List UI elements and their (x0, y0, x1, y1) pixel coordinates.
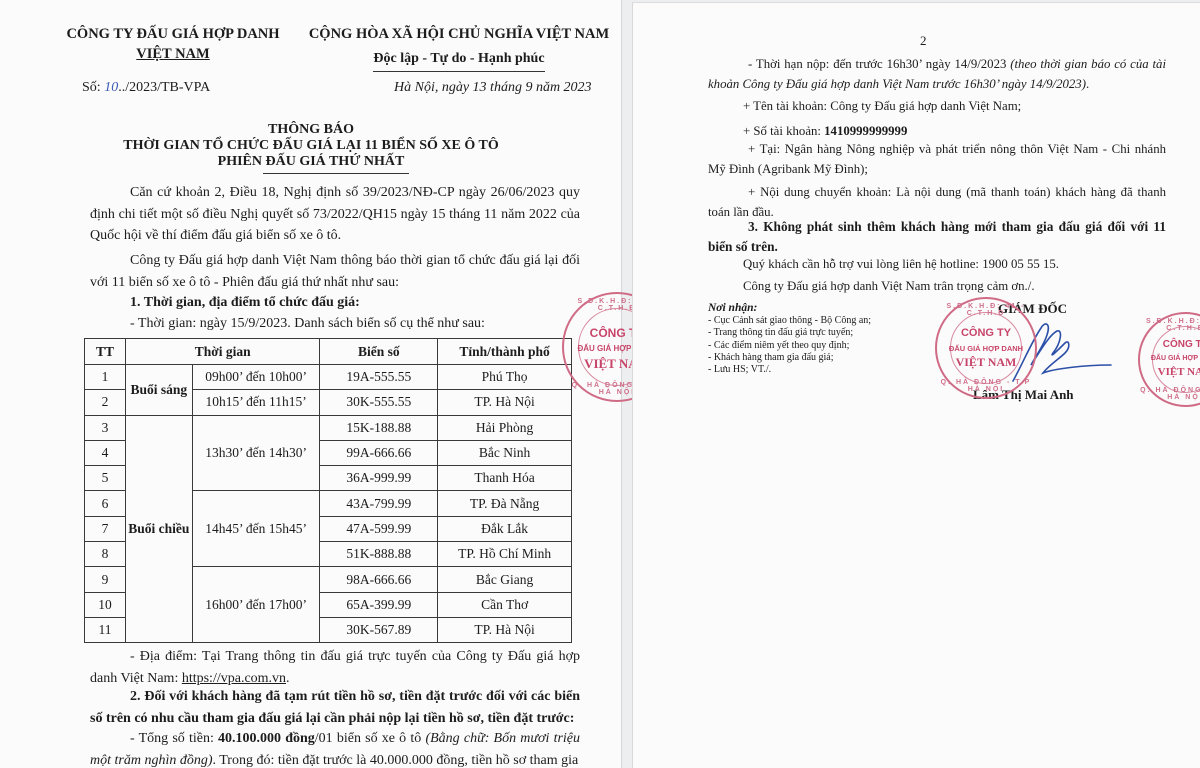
total-amount-paragraph: - Tổng số tiền: 40.100.000 đồng/01 biển … (90, 728, 580, 768)
cell-tt: 3 (85, 415, 126, 440)
cell-tt: 6 (85, 491, 126, 516)
cell-province: Bắc Ninh (438, 440, 572, 465)
total-unit: /01 biển số xe ô tô (315, 731, 426, 746)
account-name: + Tên tài khoản: Công ty Đấu giá hợp dan… (743, 97, 1163, 117)
document-page-1: CÔNG TY ĐẤU GIÁ HỢP DANH VIỆT NAM CỘNG H… (0, 0, 622, 768)
cell-tt: 5 (85, 466, 126, 491)
section-3-paragraph: 3. Không phát sinh thêm khách hàng mới t… (708, 217, 1166, 256)
seal-rim-top: S.Đ.K.H.Đ: 41 - C.T.H.Đ (1140, 318, 1200, 332)
seal-line-1: CÔNG TY (1140, 339, 1200, 350)
hotline-paragraph: Quý khách cần hỗ trợ vui lòng liên hệ ho… (743, 255, 1163, 275)
docno-label: Số: (82, 80, 104, 95)
table-row: 3 Buổi chiều 13h30’ đến 14h30’ 15K-188.8… (85, 415, 572, 440)
docno-handwritten: 10 (104, 80, 118, 95)
recipients-heading: Nơi nhận: (708, 301, 871, 315)
section-1-heading: 1. Thời gian, địa điểm tổ chức đấu giá: (130, 292, 580, 314)
legal-basis-paragraph: Căn cứ khoản 2, Điều 18, Nghị định số 39… (90, 182, 580, 247)
cell-plate: 36A-999.99 (320, 466, 438, 491)
seal-rim-bottom: Q. HÀ ĐÔNG - T.P HÀ NỘI (1140, 387, 1200, 401)
national-header: CỘNG HÒA XÃ HỘI CHỦ NGHĨA VIỆT NAM Độc l… (300, 24, 618, 72)
cell-time: 16h00’ đến 17h00’ (192, 567, 320, 643)
cell-tt: 11 (85, 617, 126, 642)
cell-plate: 65A-399.99 (320, 592, 438, 617)
title-divider (263, 173, 409, 174)
recipient-item: - Trang thông tin đấu giá trực tuyến; (708, 327, 871, 339)
col-header-tt: TT (85, 339, 126, 365)
account-number-line: + Số tài khoản: 1410999999999 (743, 122, 1163, 142)
title-line-3: PHIÊN ĐẤU GIÁ THỨ NHẤT (0, 154, 622, 170)
deadline-paragraph: - Thời hạn nộp: đến trước 16h30’ ngày 14… (708, 55, 1166, 94)
recipients-block: Nơi nhận: - Cục Cảnh sát giao thông - Bộ… (708, 301, 871, 376)
account-number: 1410999999999 (824, 124, 907, 138)
deadline-text: - Thời hạn nộp: đến trước 16h30’ ngày 14… (748, 57, 1010, 71)
cell-plate: 98A-666.66 (320, 567, 438, 592)
title-line-1: THÔNG BÁO (0, 122, 622, 138)
col-header-plate: Biển số (320, 339, 438, 365)
cell-province: Phú Thọ (438, 365, 572, 390)
cell-plate: 43A-799.99 (320, 491, 438, 516)
table-header-row: TT Thời gian Biển số Tỉnh/thành phố (85, 339, 572, 365)
location-paragraph: - Địa điểm: Tại Trang thông tin đấu giá … (90, 646, 580, 689)
cell-province: Cần Thơ (438, 592, 572, 617)
document-page-2: 2 - Thời hạn nộp: đến trước 16h30’ ngày … (632, 2, 1200, 768)
cell-tt: 1 (85, 365, 126, 390)
cell-province: TP. Hà Nội (438, 390, 572, 415)
page-number: 2 (920, 33, 927, 49)
cell-tt: 8 (85, 542, 126, 567)
vpa-website-link[interactable]: https://vpa.com.vn (182, 671, 286, 686)
seal-line-1: CÔNG TY (937, 327, 1035, 339)
cell-province: Đắk Lắk (438, 516, 572, 541)
cell-province: TP. Hồ Chí Minh (438, 542, 572, 567)
cell-tt: 7 (85, 516, 126, 541)
national-motto: Độc lập - Tự do - Hạnh phúc (373, 49, 544, 72)
seal-line-3: VIỆT NAM (1140, 366, 1200, 378)
cell-province: TP. Hà Nội (438, 617, 572, 642)
total-breakdown: . Trong đó: tiền đặt trước là 40.000.000… (213, 753, 579, 768)
cell-plate: 30K-567.89 (320, 617, 438, 642)
cell-plate: 30K-555.55 (320, 390, 438, 415)
seal-line-2: ĐẤU GIÁ HỢP DANH (1140, 355, 1200, 362)
cell-time: 13h30’ đến 14h30’ (192, 415, 320, 491)
recipient-item: - Lưu HS; VT./. (708, 364, 871, 376)
docno-suffix: ../2023/TB-VPA (118, 80, 210, 95)
issuer-line-1: CÔNG TY ĐẤU GIÁ HỢP DANH (48, 24, 298, 44)
intro-paragraph: Công ty Đấu giá hợp danh Việt Nam thông … (90, 250, 580, 293)
document-title: THÔNG BÁO THỜI GIAN TỔ CHỨC ĐẤU GIÁ LẠI … (0, 122, 622, 170)
title-line-2: THỜI GIAN TỔ CHỨC ĐẤU GIÁ LẠI 11 BIỂN SỐ… (0, 138, 622, 154)
section-2-heading: 2. Đối với khách hàng đã tạm rút tiền hồ… (90, 686, 580, 729)
col-header-time: Thời gian (125, 339, 320, 365)
cell-session-morning: Buổi sáng (125, 365, 192, 416)
issuer-name: CÔNG TY ĐẤU GIÁ HỢP DANH VIỆT NAM (48, 24, 298, 64)
cell-plate: 99A-666.66 (320, 440, 438, 465)
seal-line-3: VIỆT NAM (937, 355, 1035, 370)
cell-province: Hải Phòng (438, 415, 572, 440)
cell-plate: 47A-599.99 (320, 516, 438, 541)
table-row: 1 Buổi sáng 09h00’ đến 10h00’ 19A-555.55… (85, 365, 572, 390)
company-seal-stamp: S.Đ.K.H.Đ: 41 - C.T.H.Đ CÔNG TY ĐẤU GIÁ … (1138, 312, 1200, 407)
account-number-label: + Số tài khoản: (743, 124, 824, 138)
section-1-time: - Thời gian: ngày 15/9/2023. Danh sách b… (130, 313, 580, 335)
recipient-item: - Cục Cảnh sát giao thông - Bộ Công an; (708, 315, 871, 327)
location-text: - Địa điểm: Tại Trang thông tin đấu giá … (90, 649, 580, 686)
cell-plate: 15K-188.88 (320, 415, 438, 440)
national-title: CỘNG HÒA XÃ HỘI CHỦ NGHĨA VIỆT NAM (300, 24, 618, 44)
thanks-paragraph: Công ty Đấu giá hợp danh Việt Nam trân t… (743, 277, 1163, 297)
cell-time: 09h00’ đến 10h00’ (192, 365, 320, 390)
cell-province: Thanh Hóa (438, 466, 572, 491)
col-header-province: Tỉnh/thành phố (438, 339, 572, 365)
document-date: Hà Nội, ngày 13 tháng 9 năm 2023 (394, 80, 592, 96)
cell-plate: 51K-888.88 (320, 542, 438, 567)
seal-rim-top: S.Đ.K.H.Đ: 41 - C.T.H.Đ (937, 303, 1035, 317)
cell-province: Bắc Giang (438, 567, 572, 592)
total-label: - Tổng số tiền: (130, 731, 218, 746)
cell-tt: 10 (85, 592, 126, 617)
cell-session-afternoon: Buổi chiều (125, 415, 192, 643)
company-seal-stamp: S.Đ.K.H.Đ: 41 - C.T.H.Đ CÔNG TY ĐẤU GIÁ … (935, 297, 1037, 399)
recipient-item: - Khách hàng tham gia đấu giá; (708, 352, 871, 364)
bank-paragraph: + Tại: Ngân hàng Nông nghiệp và phát tri… (708, 140, 1166, 179)
seal-line-2: ĐẤU GIÁ HỢP DANH (937, 344, 1035, 353)
cell-time: 10h15’ đến 11h15’ (192, 390, 320, 415)
cell-tt: 2 (85, 390, 126, 415)
document-number: Số: 10../2023/TB-VPA (82, 80, 210, 96)
cell-tt: 4 (85, 440, 126, 465)
cell-plate: 19A-555.55 (320, 365, 438, 390)
issuer-line-2: VIỆT NAM (48, 44, 298, 64)
recipient-item: - Các điểm niêm yết theo quy định; (708, 340, 871, 352)
seal-rim-bottom: Q. HÀ ĐÔNG - T.P HÀ NỘI (937, 379, 1035, 393)
total-amount: 40.100.000 đồng (218, 731, 315, 746)
cell-tt: 9 (85, 567, 126, 592)
cell-time: 14h45’ đến 15h45’ (192, 491, 320, 567)
license-plate-table: TT Thời gian Biển số Tỉnh/thành phố 1 Bu… (84, 338, 572, 643)
cell-province: TP. Đà Nẵng (438, 491, 572, 516)
